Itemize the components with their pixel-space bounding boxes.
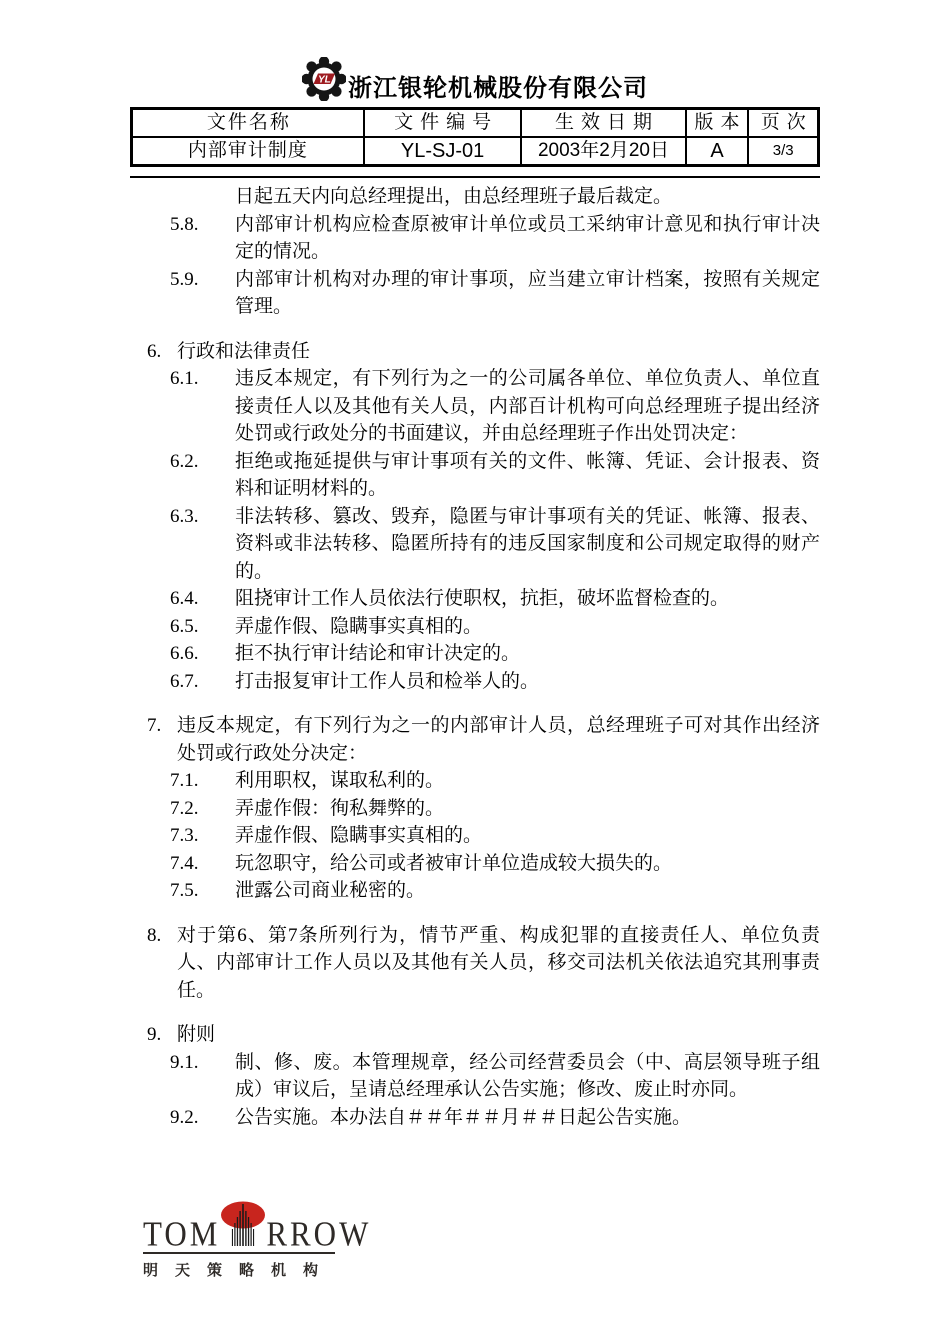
item-text: 打击报复审计工作人员和检举人的。 (235, 668, 820, 696)
document-info-table: 文件名称 文件编号 生效日期 版本 页次 内部审计制度 YL-SJ-01 200… (130, 107, 820, 167)
item-6-4: 6.4. 阻挠审计工作人员依法行使职权，抗拒，破坏监督检查的。 (130, 585, 820, 613)
item-text: 日起五天内向总经理提出，由总经理班子最后裁定。 (235, 183, 820, 211)
logo-tagline: 明天策略机构 (143, 1259, 335, 1280)
item-text: 弄虚作假：徇私舞弊的。 (235, 795, 820, 823)
doc-number-value: YL-SJ-01 (364, 137, 521, 166)
item-number: 9.1. (170, 1049, 235, 1104)
table-header-row: 文件名称 文件编号 生效日期 版本 页次 (132, 109, 819, 138)
item-7-5: 7.5. 泄露公司商业秘密的。 (130, 877, 820, 905)
item-number: 6.2. (170, 448, 235, 503)
item-text: 弄虚作假、隐瞒事实真相的。 (235, 822, 820, 850)
item-text: 内部审计机构对办理的审计事项，应当建立审计档案，按照有关规定管理。 (235, 266, 820, 321)
item-text: 制、修、废。本管理规章，经公司经营委员会（中、高层领导班子组成）审议后，呈请总经… (235, 1049, 820, 1104)
item-6-7: 6.7. 打击报复审计工作人员和检举人的。 (130, 668, 820, 696)
item-6-1: 6.1. 违反本规定，有下列行为之一的公司属各单位、单位负责人、单位直接责任人以… (130, 365, 820, 448)
page-number-value: 3/3 (748, 137, 818, 166)
item-text: 泄露公司商业秘密的。 (235, 877, 820, 905)
section-7-heading: 7. 违反本规定，有下列行为之一的内部审计人员，总经理班子可对其作出经济处罚或行… (130, 712, 820, 767)
wordmark-right: RROW (266, 1219, 371, 1250)
item-text: 非法转移、篡改、毁弃，隐匿与审计事项有关的凭证、帐簿、报表、资料或非法转移、隐匿… (235, 503, 820, 586)
item-7-1: 7.1. 利用职权，谋取私利的。 (130, 767, 820, 795)
item-text: 利用职权，谋取私利的。 (235, 767, 820, 795)
col-header-doc-number: 文件编号 (364, 109, 521, 138)
item-text: 阻挠审计工作人员依法行使职权，抗拒，破坏监督检查的。 (235, 585, 820, 613)
logo-monogram: YL (318, 75, 331, 86)
section-8-paragraph: 8. 对于第6、第7条所列行为，情节严重、构成犯罪的直接责任人、单位负责人、内部… (130, 922, 820, 1005)
item-number: 7.2. (170, 795, 235, 823)
item-number: 7.5. (170, 877, 235, 905)
section-9-heading: 9. 附则 (130, 1021, 820, 1049)
item-text: 违反本规定，有下列行为之一的内部审计人员，总经理班子可对其作出经济处罚或行政处分… (177, 712, 820, 767)
tomorrow-strategy-logo: TOM RROW 明天策略机构 (143, 1192, 335, 1280)
item-number: 6.3. (170, 503, 235, 586)
item-6-2: 6.2. 拒绝或拖延提供与审计事项有关的文件、帐簿、凭证、会计报表、资料和证明材… (130, 448, 820, 503)
item-text: 附则 (177, 1021, 820, 1049)
item-7-4: 7.4. 玩忽职守，给公司或者被审计单位造成较大损失的。 (130, 850, 820, 878)
item-number: 6. (147, 338, 177, 366)
gear-logo-icon: YL (302, 57, 346, 101)
item-text: 玩忽职守，给公司或者被审计单位造成较大损失的。 (235, 850, 820, 878)
header-divider (130, 176, 820, 178)
item-text: 对于第6、第7条所列行为，情节严重、构成犯罪的直接责任人、单位负责人、内部审计工… (177, 922, 820, 1005)
effective-date-value: 2003年2月20日 (521, 137, 685, 166)
item-7-3: 7.3. 弄虚作假、隐瞒事实真相的。 (130, 822, 820, 850)
item-number: 6.6. (170, 640, 235, 668)
item-9-1: 9.1. 制、修、废。本管理规章，经公司经营委员会（中、高层领导班子组成）审议后… (130, 1049, 820, 1104)
doc-name-value: 内部审计制度 (132, 137, 364, 166)
brand-header: YL 浙江银轮机械股份有限公司 (0, 0, 950, 101)
item-number: 7.1. (170, 767, 235, 795)
item-text: 内部审计机构应检查原被审计单位或员工采纳审计意见和执行审计决定的情况。 (235, 211, 820, 266)
col-header-doc-name: 文件名称 (132, 109, 364, 138)
col-header-version: 版本 (686, 109, 749, 138)
item-number: 6.5. (170, 613, 235, 641)
col-header-effective-date: 生效日期 (521, 109, 685, 138)
item-text: 违反本规定，有下列行为之一的公司属各单位、单位负责人、单位直接责任人以及其他有关… (235, 365, 820, 448)
item-6-6: 6.6. 拒不执行审计结论和审计决定的。 (130, 640, 820, 668)
item-number: 5.8. (170, 211, 235, 266)
item-text: 拒不执行审计结论和审计决定的。 (235, 640, 820, 668)
item-number: 6.4. (170, 585, 235, 613)
item-9-2: 9.2. 公告实施。本办法自＃＃年＃＃月＃＃日起公告实施。 (130, 1104, 820, 1132)
item-number: 9.2. (170, 1104, 235, 1132)
table-value-row: 内部审计制度 YL-SJ-01 2003年2月20日 A 3/3 (132, 137, 819, 166)
paragraph-continuation: 日起五天内向总经理提出，由总经理班子最后裁定。 (130, 183, 820, 211)
item-text: 行政和法律责任 (177, 338, 820, 366)
item-7-2: 7.2. 弄虚作假：徇私舞弊的。 (130, 795, 820, 823)
item-number: 9. (147, 1021, 177, 1049)
item-number: 6.1. (170, 365, 235, 448)
tomorrow-sun-tower-icon (218, 1198, 268, 1250)
item-number: 7.3. (170, 822, 235, 850)
item-5-9: 5.9. 内部审计机构对办理的审计事项，应当建立审计档案，按照有关规定管理。 (130, 266, 820, 321)
document-body: 日起五天内向总经理提出，由总经理班子最后裁定。 5.8. 内部审计机构应检查原被… (130, 183, 820, 1131)
item-number: 8. (147, 922, 177, 1005)
col-header-page: 页次 (748, 109, 818, 138)
item-number: 7. (147, 712, 177, 767)
logo-wordmark: TOM RROW (143, 1192, 335, 1254)
item-text: 公告实施。本办法自＃＃年＃＃月＃＃日起公告实施。 (235, 1104, 820, 1132)
item-6-3: 6.3. 非法转移、篡改、毁弃，隐匿与审计事项有关的凭证、帐簿、报表、资料或非法… (130, 503, 820, 586)
version-value: A (686, 137, 749, 166)
item-5-8: 5.8. 内部审计机构应检查原被审计单位或员工采纳审计意见和执行审计决定的情况。 (130, 211, 820, 266)
item-text: 弄虚作假、隐瞒事实真相的。 (235, 613, 820, 641)
item-number: 5.9. (170, 266, 235, 321)
item-number: 6.7. (170, 668, 235, 696)
wordmark-left: TOM (143, 1219, 220, 1250)
item-text: 拒绝或拖延提供与审计事项有关的文件、帐簿、凭证、会计报表、资料和证明材料的。 (235, 448, 820, 503)
company-name: 浙江银轮机械股份有限公司 (348, 76, 648, 101)
document-page: YL 浙江银轮机械股份有限公司 文件名称 文件编号 生效日期 版本 页次 内部审… (0, 0, 950, 1344)
item-6-5: 6.5. 弄虚作假、隐瞒事实真相的。 (130, 613, 820, 641)
item-number: 7.4. (170, 850, 235, 878)
section-6-heading: 6. 行政和法律责任 (130, 338, 820, 366)
